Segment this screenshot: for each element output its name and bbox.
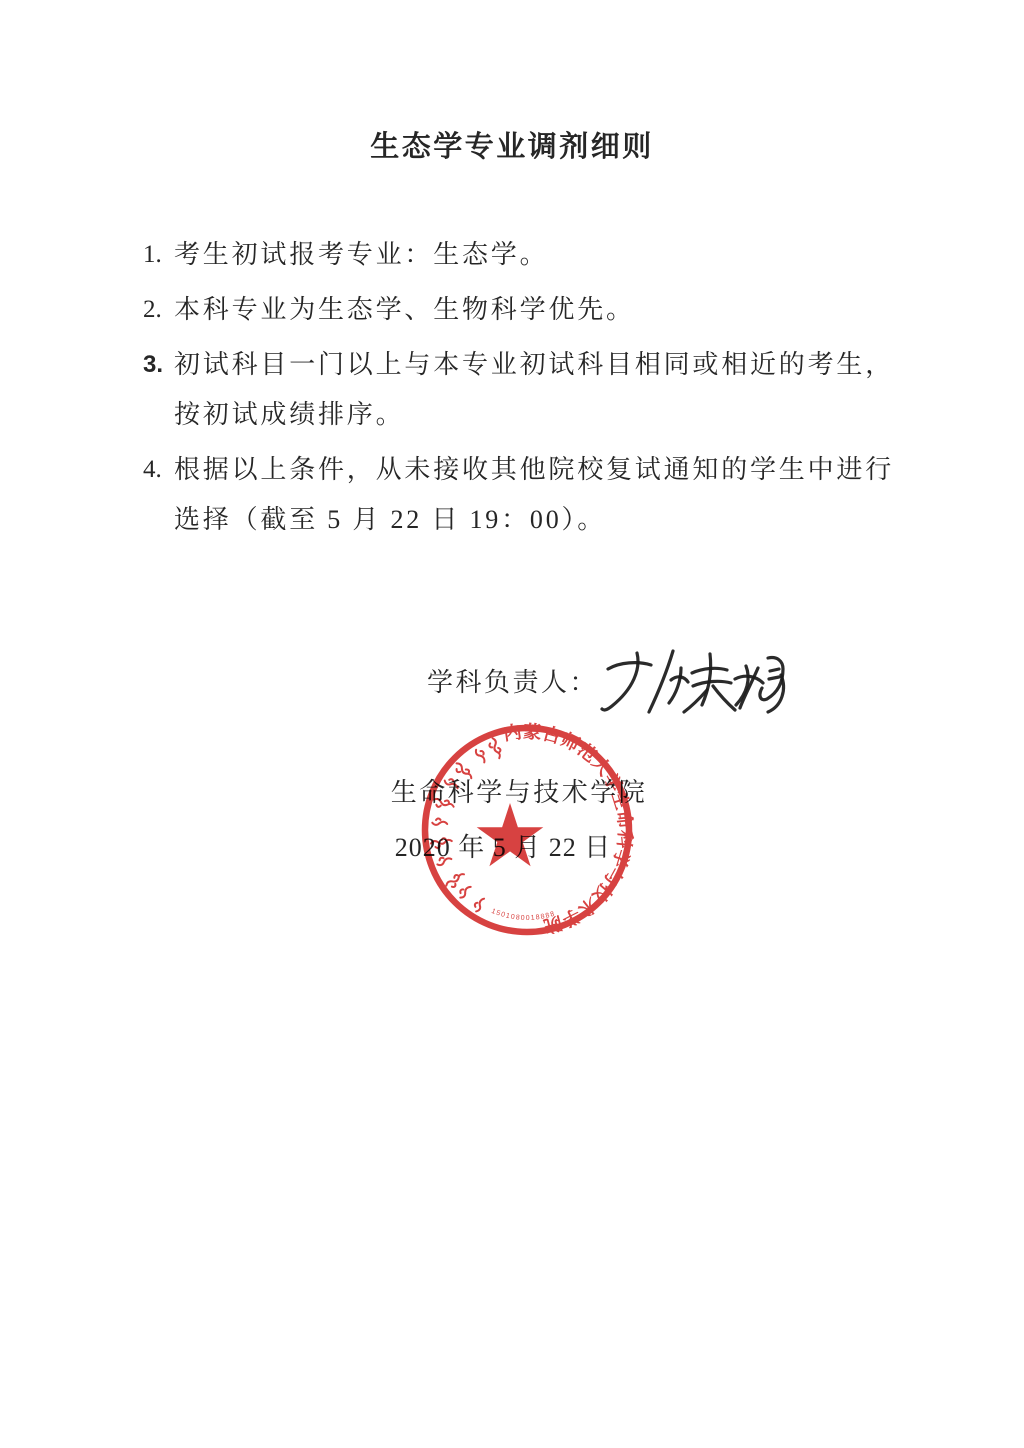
document-title: 生态学专业调剂细则 (0, 128, 1024, 166)
seal-star-icon (477, 803, 544, 866)
rule-text: 考生初试报考专业：生态学。 (174, 230, 548, 280)
document-page: 生态学专业调剂细则 1. 考生初试报考专业：生态学。 2. 本科专业为生态学、生… (0, 0, 1024, 1448)
signature-label: 学科负责人： (427, 663, 598, 703)
rule-text: 初试科目一门以上与本专业初试科目相同或相近的考生， 按初试成绩排序。 (174, 340, 894, 440)
rule-item: 2. 本科专业为生态学、生物科学优先。 (143, 285, 953, 335)
rule-text: 本科专业为生态学、生物科学优先。 (174, 285, 635, 335)
official-seal: 内蒙古师范大学生命科学与技术学院 1501080018888 (419, 722, 636, 939)
rule-number: 4. (143, 445, 162, 495)
rule-item: 4. 根据以上条件，从未接收其他院校复试通知的学生中进行 选择（截至 5 月 2… (143, 445, 953, 545)
rule-item: 3. 初试科目一门以上与本专业初试科目相同或相近的考生， 按初试成绩排序。 (143, 340, 953, 440)
rules-list: 1. 考生初试报考专业：生态学。 2. 本科专业为生态学、生物科学优先。 3. … (143, 230, 953, 550)
rule-number: 3. (143, 340, 163, 390)
rule-number: 2. (143, 285, 162, 335)
rule-number: 1. (143, 230, 162, 280)
rule-item: 1. 考生初试报考专业：生态学。 (143, 230, 953, 280)
rule-text: 根据以上条件，从未接收其他院校复试通知的学生中进行 选择（截至 5 月 22 日… (174, 445, 894, 545)
handwritten-signature (596, 645, 796, 725)
